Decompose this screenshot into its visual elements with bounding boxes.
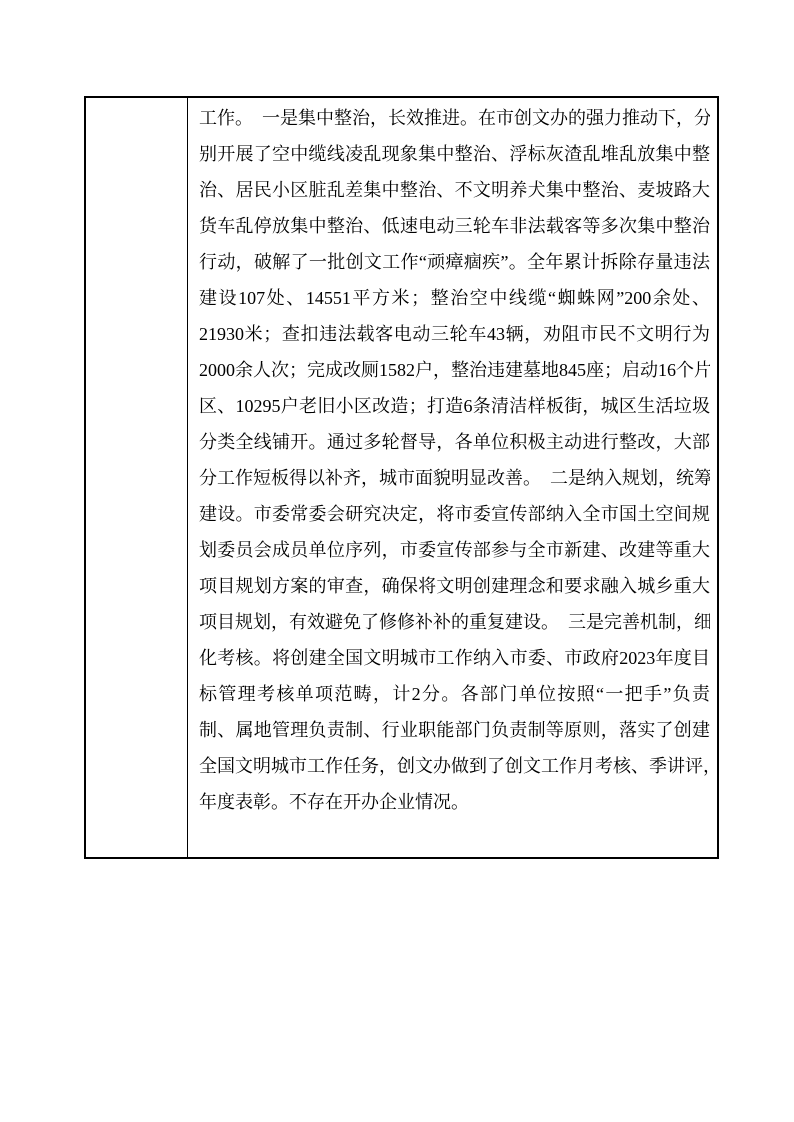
text-line: 分类全线铺开。通过多轮督导，各单位积极主动进行整改，大部 [199,424,710,460]
text-line: 项目规划，有效避免了修修补补的重复建设。 三是完善机制，细 [199,604,710,640]
text-line: 建设。市委常委会研究决定，将市委宣传部纳入全市国土空间规 [199,496,710,532]
text-line: 治、居民小区脏乱差集中整治、不文明养犬集中整治、麦坡路大 [199,172,710,208]
text-line: 项目规划方案的审查，确保将文明创建理念和要求融入城乡重大 [199,568,710,604]
text-line: 标管理考核单项范畴，计2分。各部门单位按照“一把手”负责 [199,676,710,712]
text-line: 区、10295户老旧小区改造；打造6条清洁样板街，城区生活垃圾 [199,388,710,424]
text-line: 建设107处、14551平方米；整治空中线缆“蜘蛛网”200余处、 [199,280,710,316]
table-cell-label [86,98,188,857]
table-cell-content: 工作。 一是集中整治，长效推进。在市创文办的强力推动下，分 别开展了空中缆线凌乱… [188,98,717,857]
text-line: 全国文明城市工作任务，创文办做到了创文工作月考核、季讲评， [199,748,710,784]
text-line: 划委员会成员单位序列，市委宣传部参与全市新建、改建等重大 [199,532,710,568]
text-line: 年度表彰。不存在开办企业情况。 [199,784,710,820]
text-line: 货车乱停放集中整治、低速电动三轮车非法载客等多次集中整治 [199,208,710,244]
content-table: 工作。 一是集中整治，长效推进。在市创文办的强力推动下，分 别开展了空中缆线凌乱… [84,96,719,859]
text-line: 21930米；查扣违法载客电动三轮车43辆，劝阻市民不文明行为 [199,316,710,352]
text-line: 别开展了空中缆线凌乱现象集中整治、浮标灰渣乱堆乱放集中整 [199,136,710,172]
text-line: 制、属地管理负责制、行业职能部门负责制等原则，落实了创建 [199,712,710,748]
text-line: 行动，破解了一批创文工作“顽瘴痼疾”。全年累计拆除存量违法 [199,244,710,280]
text-line: 分工作短板得以补齐，城市面貌明显改善。 二是纳入规划，统筹 [199,460,710,496]
document-page: 工作。 一是集中整治，长效推进。在市创文办的强力推动下，分 别开展了空中缆线凌乱… [0,0,794,1122]
text-line: 2000余人次；完成改厕1582户，整治违建墓地845座；启动16个片 [199,352,710,388]
text-line: 工作。 一是集中整治，长效推进。在市创文办的强力推动下，分 [199,100,710,136]
text-line: 化考核。将创建全国文明城市工作纳入市委、市政府2023年度目 [199,640,710,676]
